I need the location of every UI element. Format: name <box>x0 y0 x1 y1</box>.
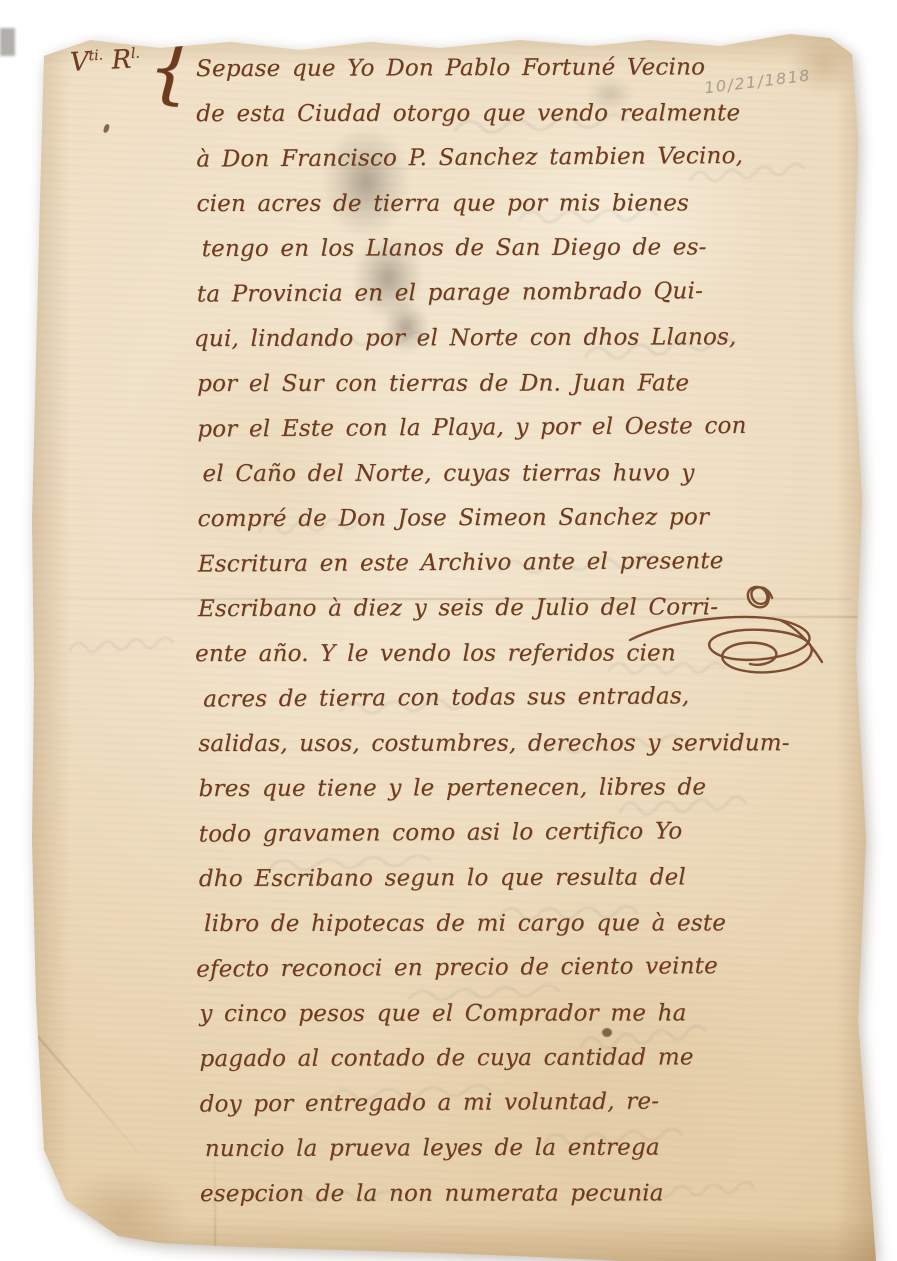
manuscript-line: acres de tierra con todas sus entradas, <box>203 673 818 722</box>
manuscript-line: nuncio la prueva leyes de la entrega <box>205 1125 820 1172</box>
fold-crease-diagonal <box>25 1022 148 1163</box>
manuscript-line: por el Sur con tierras de Dn. Juan Fate <box>197 361 817 407</box>
manuscript-line: por el Este con la Playa, y por el Oeste… <box>197 403 817 452</box>
manuscript-line: doy por entregado a mi voluntad, re- <box>200 1078 820 1127</box>
manuscript-line: ente año. Y le vendo los referidos cien <box>195 631 818 677</box>
paper-edge-left <box>25 36 71 1261</box>
manuscript-line: Escribano à diez y seis de Julio del Cor… <box>198 585 818 632</box>
paper-corner-shade-bottom-left <box>58 1168 188 1261</box>
ink-speck <box>103 123 111 133</box>
manuscript-line: libro de hipotecas de mi cargo que à est… <box>204 901 819 947</box>
margin-notation-v: V <box>69 47 89 78</box>
manuscript-line: efecto reconoci en precio de ciento vein… <box>196 943 819 992</box>
manuscript-line: qui, lindando por el Norte con dhos Llan… <box>194 315 817 362</box>
manuscript-line: Escritura en este Archivo ante el presen… <box>198 538 818 587</box>
manuscript-line: cien acres de tierra que por mis bienes <box>196 181 816 227</box>
margin-notation-r-sup: l. <box>130 46 140 62</box>
manuscript-line: bres que tiene y le pertenecen, libres d… <box>198 765 818 812</box>
margin-brace: { <box>145 28 199 107</box>
scan-background: Vti. Rl. { 10/21/1818 Sepase que Yo Don … <box>0 0 897 1261</box>
manuscript-line: à Don Francisco P. Sanchez tambien Vecin… <box>196 133 816 182</box>
manuscript-line: de esta Ciudad otorgo que vendo realment… <box>196 91 816 137</box>
manuscript-line: todo gravamen como asi lo certifico Yo <box>199 808 819 857</box>
manuscript-line: y cinco pesos que el Comprador me ha <box>199 991 819 1037</box>
manuscript-line: salidas, usos, costumbres, derechos y se… <box>198 721 818 767</box>
manuscript-line: pagado al contado de cuya cantidad me <box>199 1035 819 1082</box>
manuscript-line: tengo en los Llanos de San Diego de es- <box>202 225 817 272</box>
manuscript-line: esepcion de la non numerata pecunia <box>200 1171 820 1217</box>
paper-shadow-wrap: Vti. Rl. { 10/21/1818 Sepase que Yo Don … <box>0 0 897 1261</box>
manuscript-line: el Caño del Norte, cuyas tierras huvo y <box>202 451 817 497</box>
margin-notation-r: R <box>111 45 132 76</box>
margin-notation-v-sup: ti. <box>88 47 103 64</box>
manuscript-paper: Vti. Rl. { 10/21/1818 Sepase que Yo Don … <box>0 0 897 1261</box>
manuscript-line: dho Escribano segun lo que resulta del <box>199 855 819 902</box>
manuscript-line: Sepase que Yo Don Pablo Fortuné Vecino <box>196 45 816 92</box>
manuscript-line: ta Provincia en el parage nombrado Qui- <box>197 268 817 317</box>
manuscript-line: compré de Don Jose Simeon Sanchez por <box>198 495 818 542</box>
margin-notation: Vti. Rl. <box>69 44 141 78</box>
manuscript-text-block: Sepase que Yo Don Pablo Fortuné Vecino d… <box>196 45 820 1217</box>
